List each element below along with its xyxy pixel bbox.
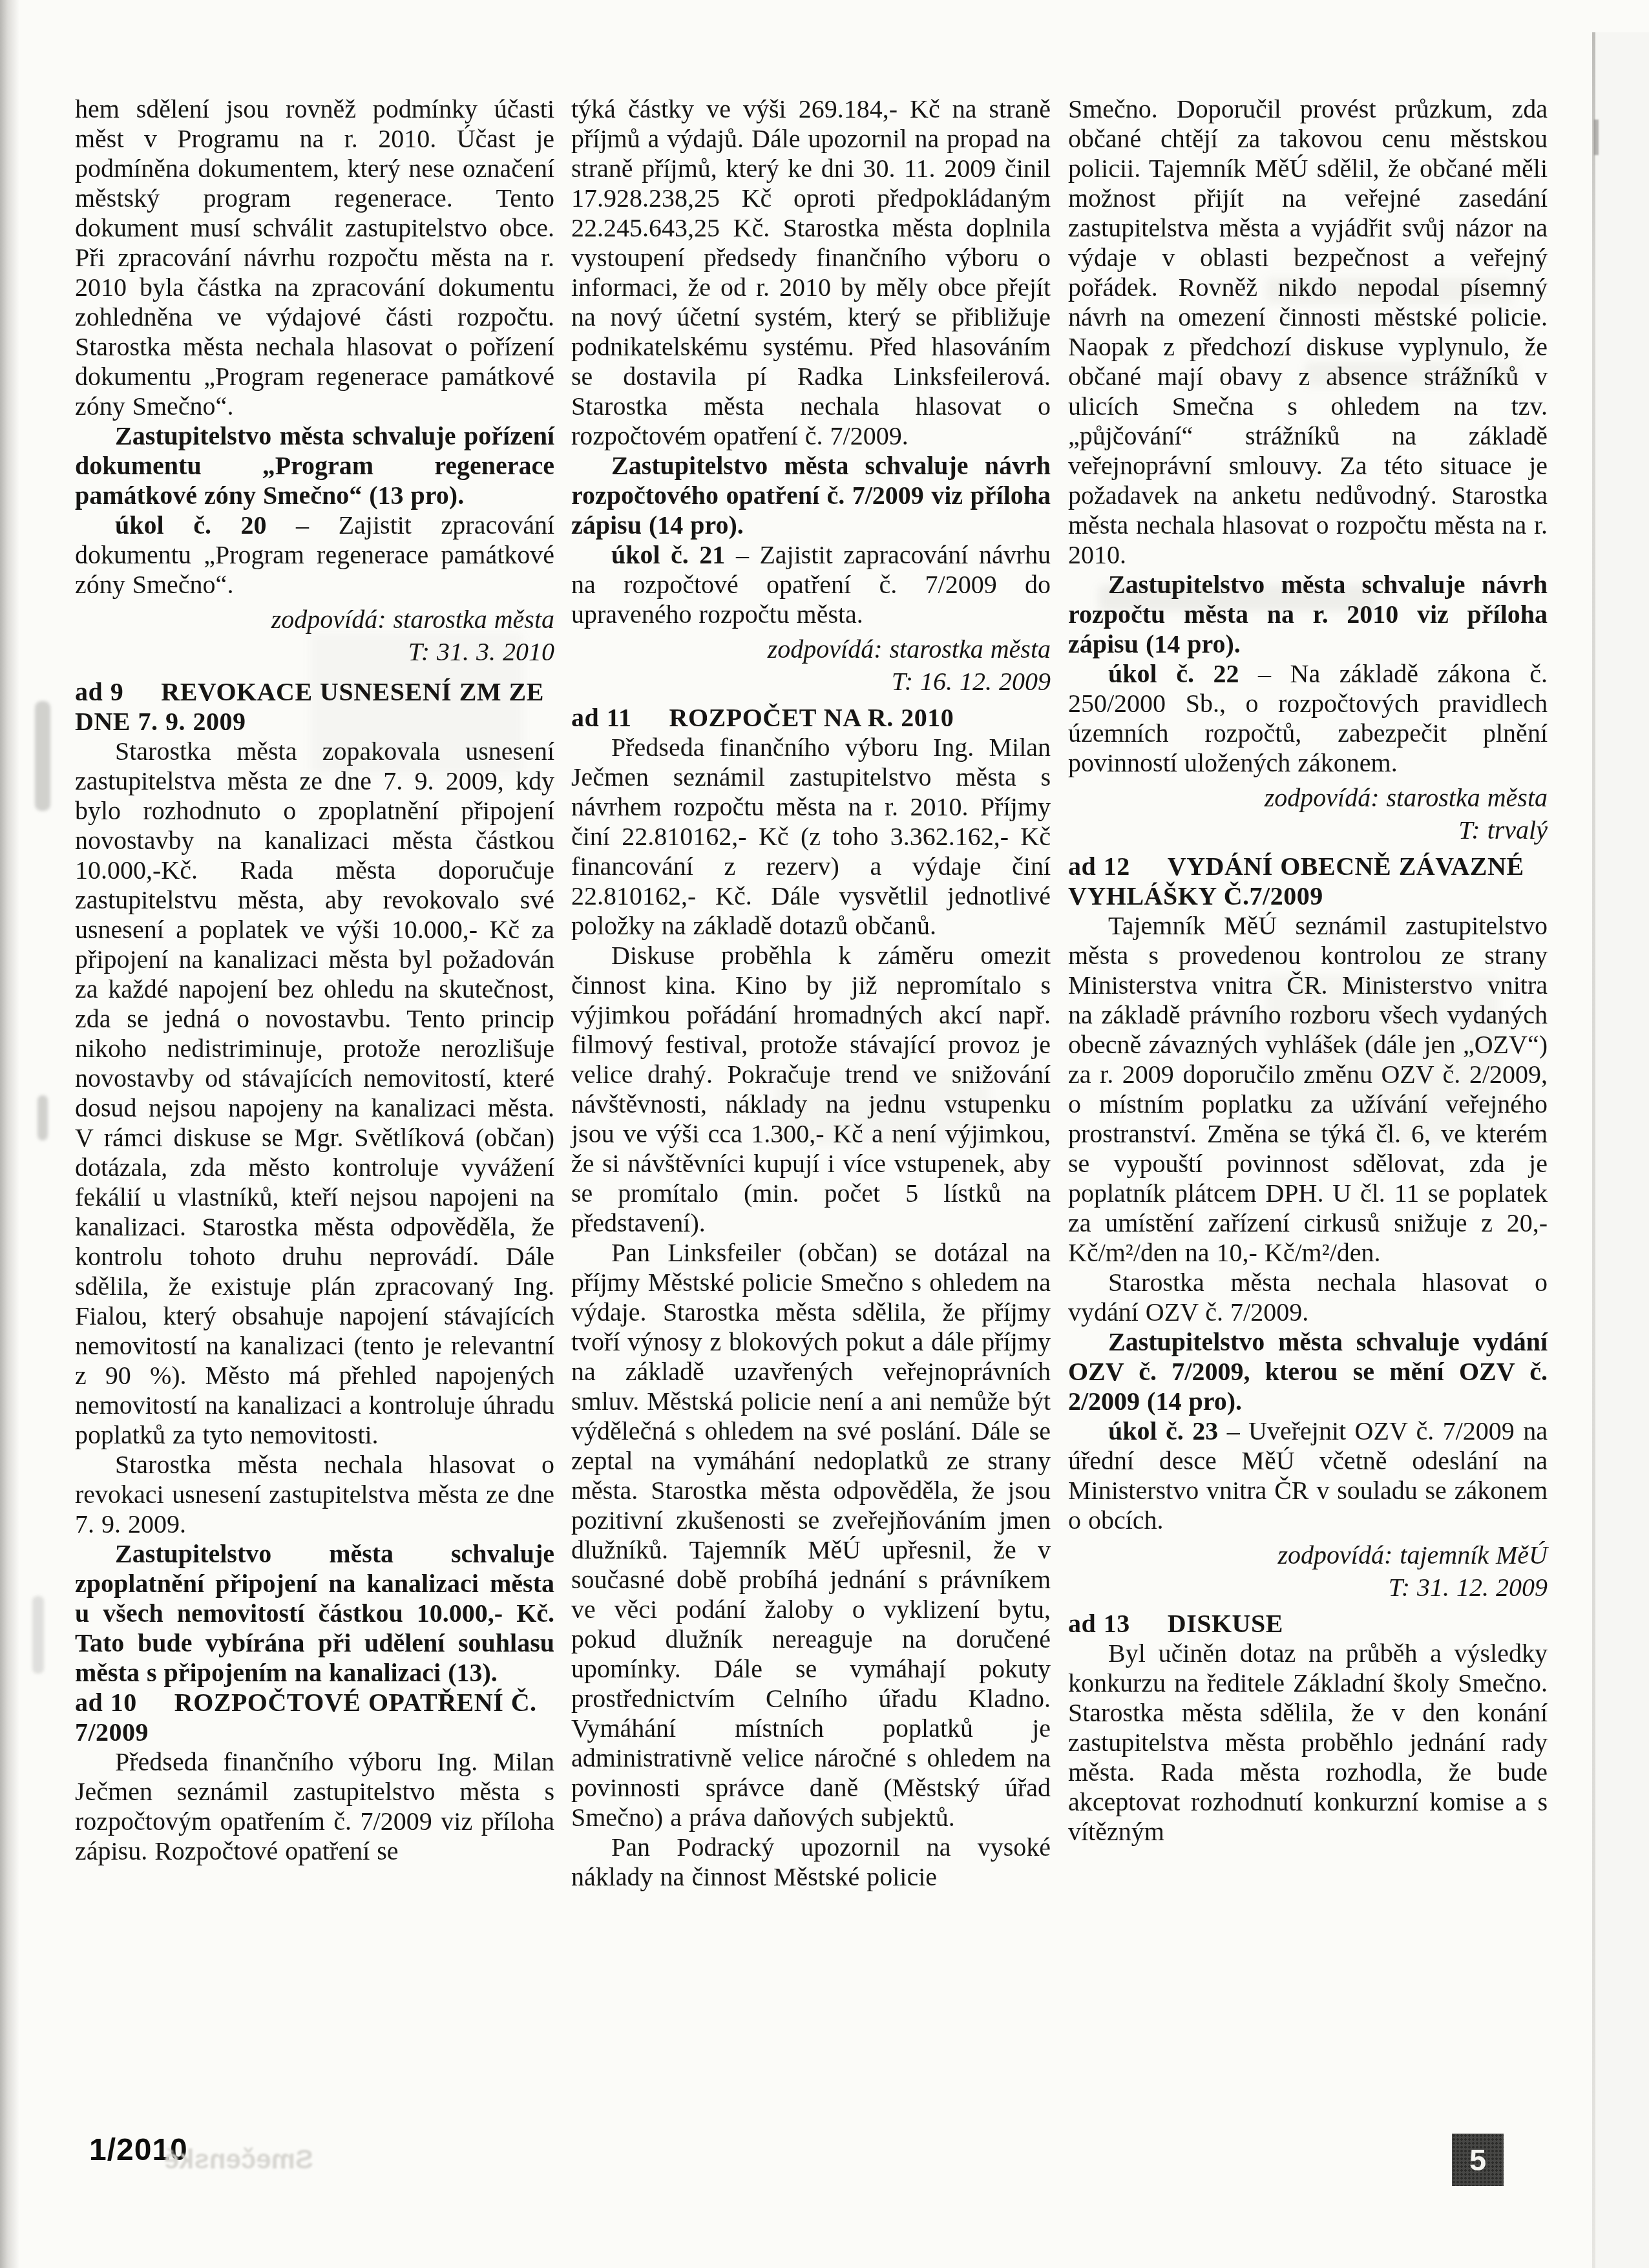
task-number: úkol č. 22 (1108, 659, 1239, 688)
paragraph: Byl učiněn dotaz na průběh a výsledky ko… (1068, 1639, 1548, 1847)
paragraph: Diskuse proběhla k záměru omezit činnost… (571, 941, 1051, 1238)
heading-title: ROZPOČTOVÉ OPATŘENÍ Č. 7/2009 (75, 1688, 537, 1747)
text-column-left: hem sdělení jsou rovněž podmínky účasti … (75, 94, 554, 1866)
section-heading: ad 13DISKUSE (1068, 1609, 1548, 1639)
scan-smudge (37, 1095, 48, 1140)
continuation-paragraph: hem sdělení jsou rovněž podmínky účasti … (75, 94, 554, 421)
paper-edge-highlight (1595, 32, 1649, 2268)
page-number: 5 (1469, 2142, 1486, 2178)
heading-label: ad 9 (75, 677, 123, 706)
section-heading: ad 9REVOKACE USNESENÍ ZM ZE DNE 7. 9. 20… (75, 677, 554, 737)
signature-term: T: 16. 12. 2009 (571, 666, 1051, 698)
scanned-newsletter-page: { "document": { "footer": { "issue": "1/… (0, 0, 1649, 2268)
paragraph: Starostka města nechala hlasovat o vydán… (1068, 1268, 1548, 1327)
heading-title: DISKUSE (1168, 1609, 1283, 1638)
paragraph: Předseda finančního výboru Ing. Milan Je… (75, 1747, 554, 1866)
task-paragraph: úkol č. 23 – Uveřejnit OZV č. 7/2009 na … (1068, 1416, 1548, 1535)
text-column-right: Smečno. Doporučil provést průzkum, zda o… (1068, 94, 1548, 1847)
heading-label: ad 10 (75, 1688, 137, 1717)
signature-block: zodpovídá: starostka městaT: 16. 12. 200… (571, 633, 1051, 698)
heading-title: ROZPOČET NA R. 2010 (669, 703, 954, 732)
signature-block: zodpovídá: tajemník MěÚT: 31. 12. 2009 (1068, 1539, 1548, 1604)
paragraph: Předseda finančního výboru Ing. Milan Je… (571, 733, 1051, 941)
resolution-paragraph: Zastupitelstvo města schvaluje vydání OZ… (1068, 1327, 1548, 1416)
resolution-paragraph: Zastupitelstvo města schvaluje návrh roz… (571, 451, 1051, 540)
resolution-paragraph: Zastupitelstvo města schvaluje návrh roz… (1068, 570, 1548, 659)
paragraph: Starostka města nechala hlasovat o revok… (75, 1450, 554, 1539)
task-number: úkol č. 23 (1108, 1416, 1218, 1445)
scan-smudge (32, 1596, 44, 1674)
paragraph: Pan Linksfeiler (občan) se dotázal na př… (571, 1238, 1051, 1832)
resolution-paragraph: Zastupitelstvo města schvaluje zpoplatně… (75, 1539, 554, 1688)
page-number-badge: 5 (1452, 2134, 1504, 2186)
heading-title: VYDÁNÍ OBECNĚ ZÁVAZNÉ VYHLÁŠKY Č.7/2009 (1068, 852, 1524, 910)
scan-smudge (1594, 120, 1599, 155)
heading-label: ad 13 (1068, 1609, 1130, 1638)
signature-responsible: zodpovídá: starostka města (1068, 782, 1548, 814)
paragraph: Starostka města zopakovala usnesení zast… (75, 737, 554, 1450)
signature-responsible: zodpovídá: starostka města (75, 604, 554, 636)
continuation-paragraph: Smečno. Doporučil provést průzkum, zda o… (1068, 94, 1548, 570)
section-heading: ad 11ROZPOČET NA R. 2010 (571, 703, 1051, 733)
signature-block: zodpovídá: starostka městaT: trvalý (1068, 782, 1548, 846)
signature-block: zodpovídá: starostka městaT: 31. 3. 2010 (75, 604, 554, 668)
bleed-through-mirrored-text: Smečenské (165, 2144, 313, 2175)
paragraph: Pan Podracký upozornil na vysoké náklady… (571, 1832, 1051, 1892)
heading-label: ad 12 (1068, 852, 1130, 881)
signature-responsible: zodpovídá: starostka města (571, 633, 1051, 666)
task-paragraph: úkol č. 22 – Na základě zákona č. 250/20… (1068, 659, 1548, 778)
text-column-center: týká částky ve výši 269.184,- Kč na stra… (571, 94, 1051, 1892)
scan-smudge (35, 701, 50, 811)
task-paragraph: úkol č. 20 – Zajistit zpracování dokumen… (75, 510, 554, 600)
section-heading: ad 12VYDÁNÍ OBECNĚ ZÁVAZNÉ VYHLÁŠKY Č.7/… (1068, 852, 1548, 911)
task-number: úkol č. 20 (115, 510, 267, 540)
signature-term: T: trvalý (1068, 814, 1548, 846)
paper-edge-line (1592, 32, 1595, 2268)
task-paragraph: úkol č. 21 – Zajistit zapracování návrhu… (571, 540, 1051, 629)
task-number: úkol č. 21 (611, 540, 725, 569)
signature-term: T: 31. 3. 2010 (75, 636, 554, 668)
continuation-paragraph: týká částky ve výši 269.184,- Kč na stra… (571, 94, 1051, 451)
signature-responsible: zodpovídá: tajemník MěÚ (1068, 1539, 1548, 1571)
paragraph: Tajemník MěÚ seznámil zastupitelstvo měs… (1068, 911, 1548, 1268)
section-heading: ad 10ROZPOČTOVÉ OPATŘENÍ Č. 7/2009 (75, 1688, 554, 1747)
heading-label: ad 11 (571, 703, 632, 732)
heading-title: REVOKACE USNESENÍ ZM ZE DNE 7. 9. 2009 (75, 677, 544, 736)
signature-term: T: 31. 12. 2009 (1068, 1571, 1548, 1604)
resolution-paragraph: Zastupitelstvo města schvaluje pořízení … (75, 421, 554, 510)
